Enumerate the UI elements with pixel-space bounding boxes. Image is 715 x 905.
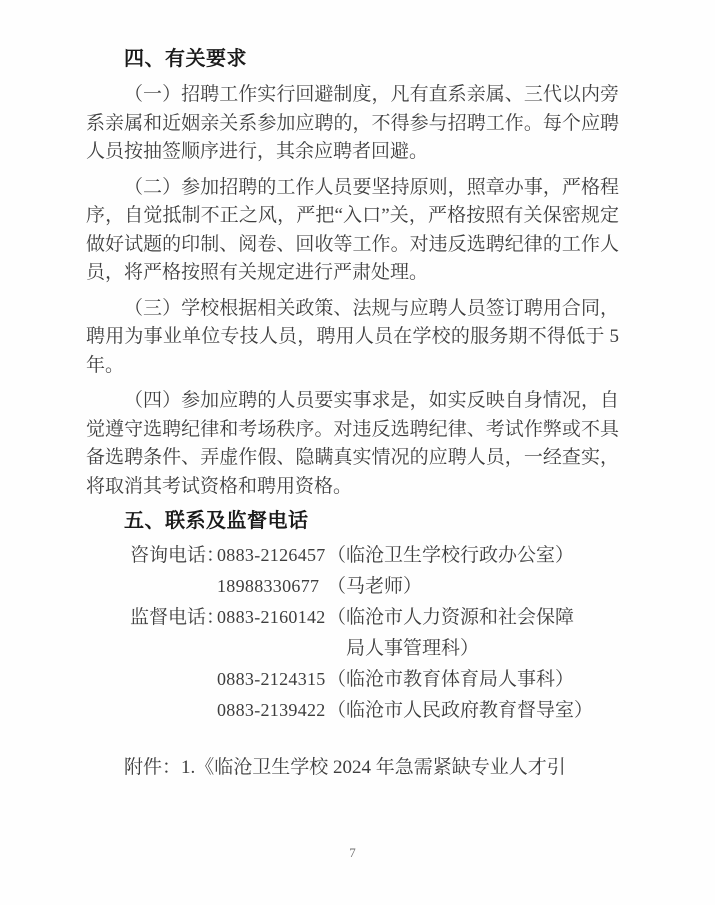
contact-organization: （临沧市人力资源和社会保障局人事管理科） — [327, 602, 586, 664]
paragraph-employment-contract: （三）学校根据相关政策、法规与应聘人员签订聘用合同，聘用为事业单位专技人员，聘用… — [86, 295, 619, 381]
paragraph-avoidance-policy: （一）招聘工作实行回避制度，凡有直系亲属、三代以内旁系亲属和近姻亲关系参加应聘的… — [86, 81, 619, 167]
contact-row: 18988330677 （马老师） — [130, 571, 619, 602]
paragraph-staff-discipline: （二）参加招聘的工作人员要坚持原则，照章办事，严格程序，自觉抵制不正之风，严把“… — [86, 174, 619, 288]
document-page: 四、有关要求 （一）招聘工作实行回避制度，凡有直系亲属、三代以内旁系亲属和近姻亲… — [0, 0, 715, 905]
contact-organization: （临沧市人民政府教育督导室） — [327, 695, 586, 726]
section-heading-requirements: 四、有关要求 — [86, 46, 619, 72]
contact-row: 咨询电话： 0883-2126457 （临沧卫生学校行政办公室） — [130, 540, 619, 571]
contact-organization: （马老师） — [327, 571, 608, 602]
contact-organization: （临沧市教育体育局人事科） — [327, 664, 608, 695]
contact-row: 0883-2139422 （临沧市人民政府教育督导室） — [130, 695, 619, 726]
contact-list: 咨询电话： 0883-2126457 （临沧卫生学校行政办公室） 1898833… — [130, 540, 619, 726]
contact-phone-number: 0883-2124315 — [217, 664, 327, 695]
contact-phone-number: 0883-2126457 — [217, 540, 327, 571]
contact-organization: （临沧卫生学校行政办公室） — [327, 540, 608, 571]
contact-phone-number: 0883-2160142 — [217, 602, 327, 633]
attachment-reference: 附件：1.《临沧卫生学校 2024 年急需紧缺专业人才引 — [86, 754, 619, 782]
contact-row: 监督电话： 0883-2160142 （临沧市人力资源和社会保障局人事管理科） — [130, 602, 619, 664]
paragraph-applicant-honesty: （四）参加应聘的人员要实事求是，如实反映自身情况，自觉遵守选聘纪律和考场秩序。对… — [86, 387, 619, 501]
page-number: 7 — [86, 845, 619, 861]
section-heading-contacts: 五、联系及监督电话 — [86, 508, 619, 534]
contact-row: 0883-2124315 （临沧市教育体育局人事科） — [130, 664, 619, 695]
document-content: 四、有关要求 （一）招聘工作实行回避制度，凡有直系亲属、三代以内旁系亲属和近姻亲… — [86, 46, 619, 782]
contact-phone-number: 0883-2139422 — [217, 695, 327, 726]
contact-label: 监督电话： — [130, 602, 217, 633]
contact-label: 咨询电话： — [130, 540, 217, 571]
contact-phone-number: 18988330677 — [217, 571, 327, 602]
